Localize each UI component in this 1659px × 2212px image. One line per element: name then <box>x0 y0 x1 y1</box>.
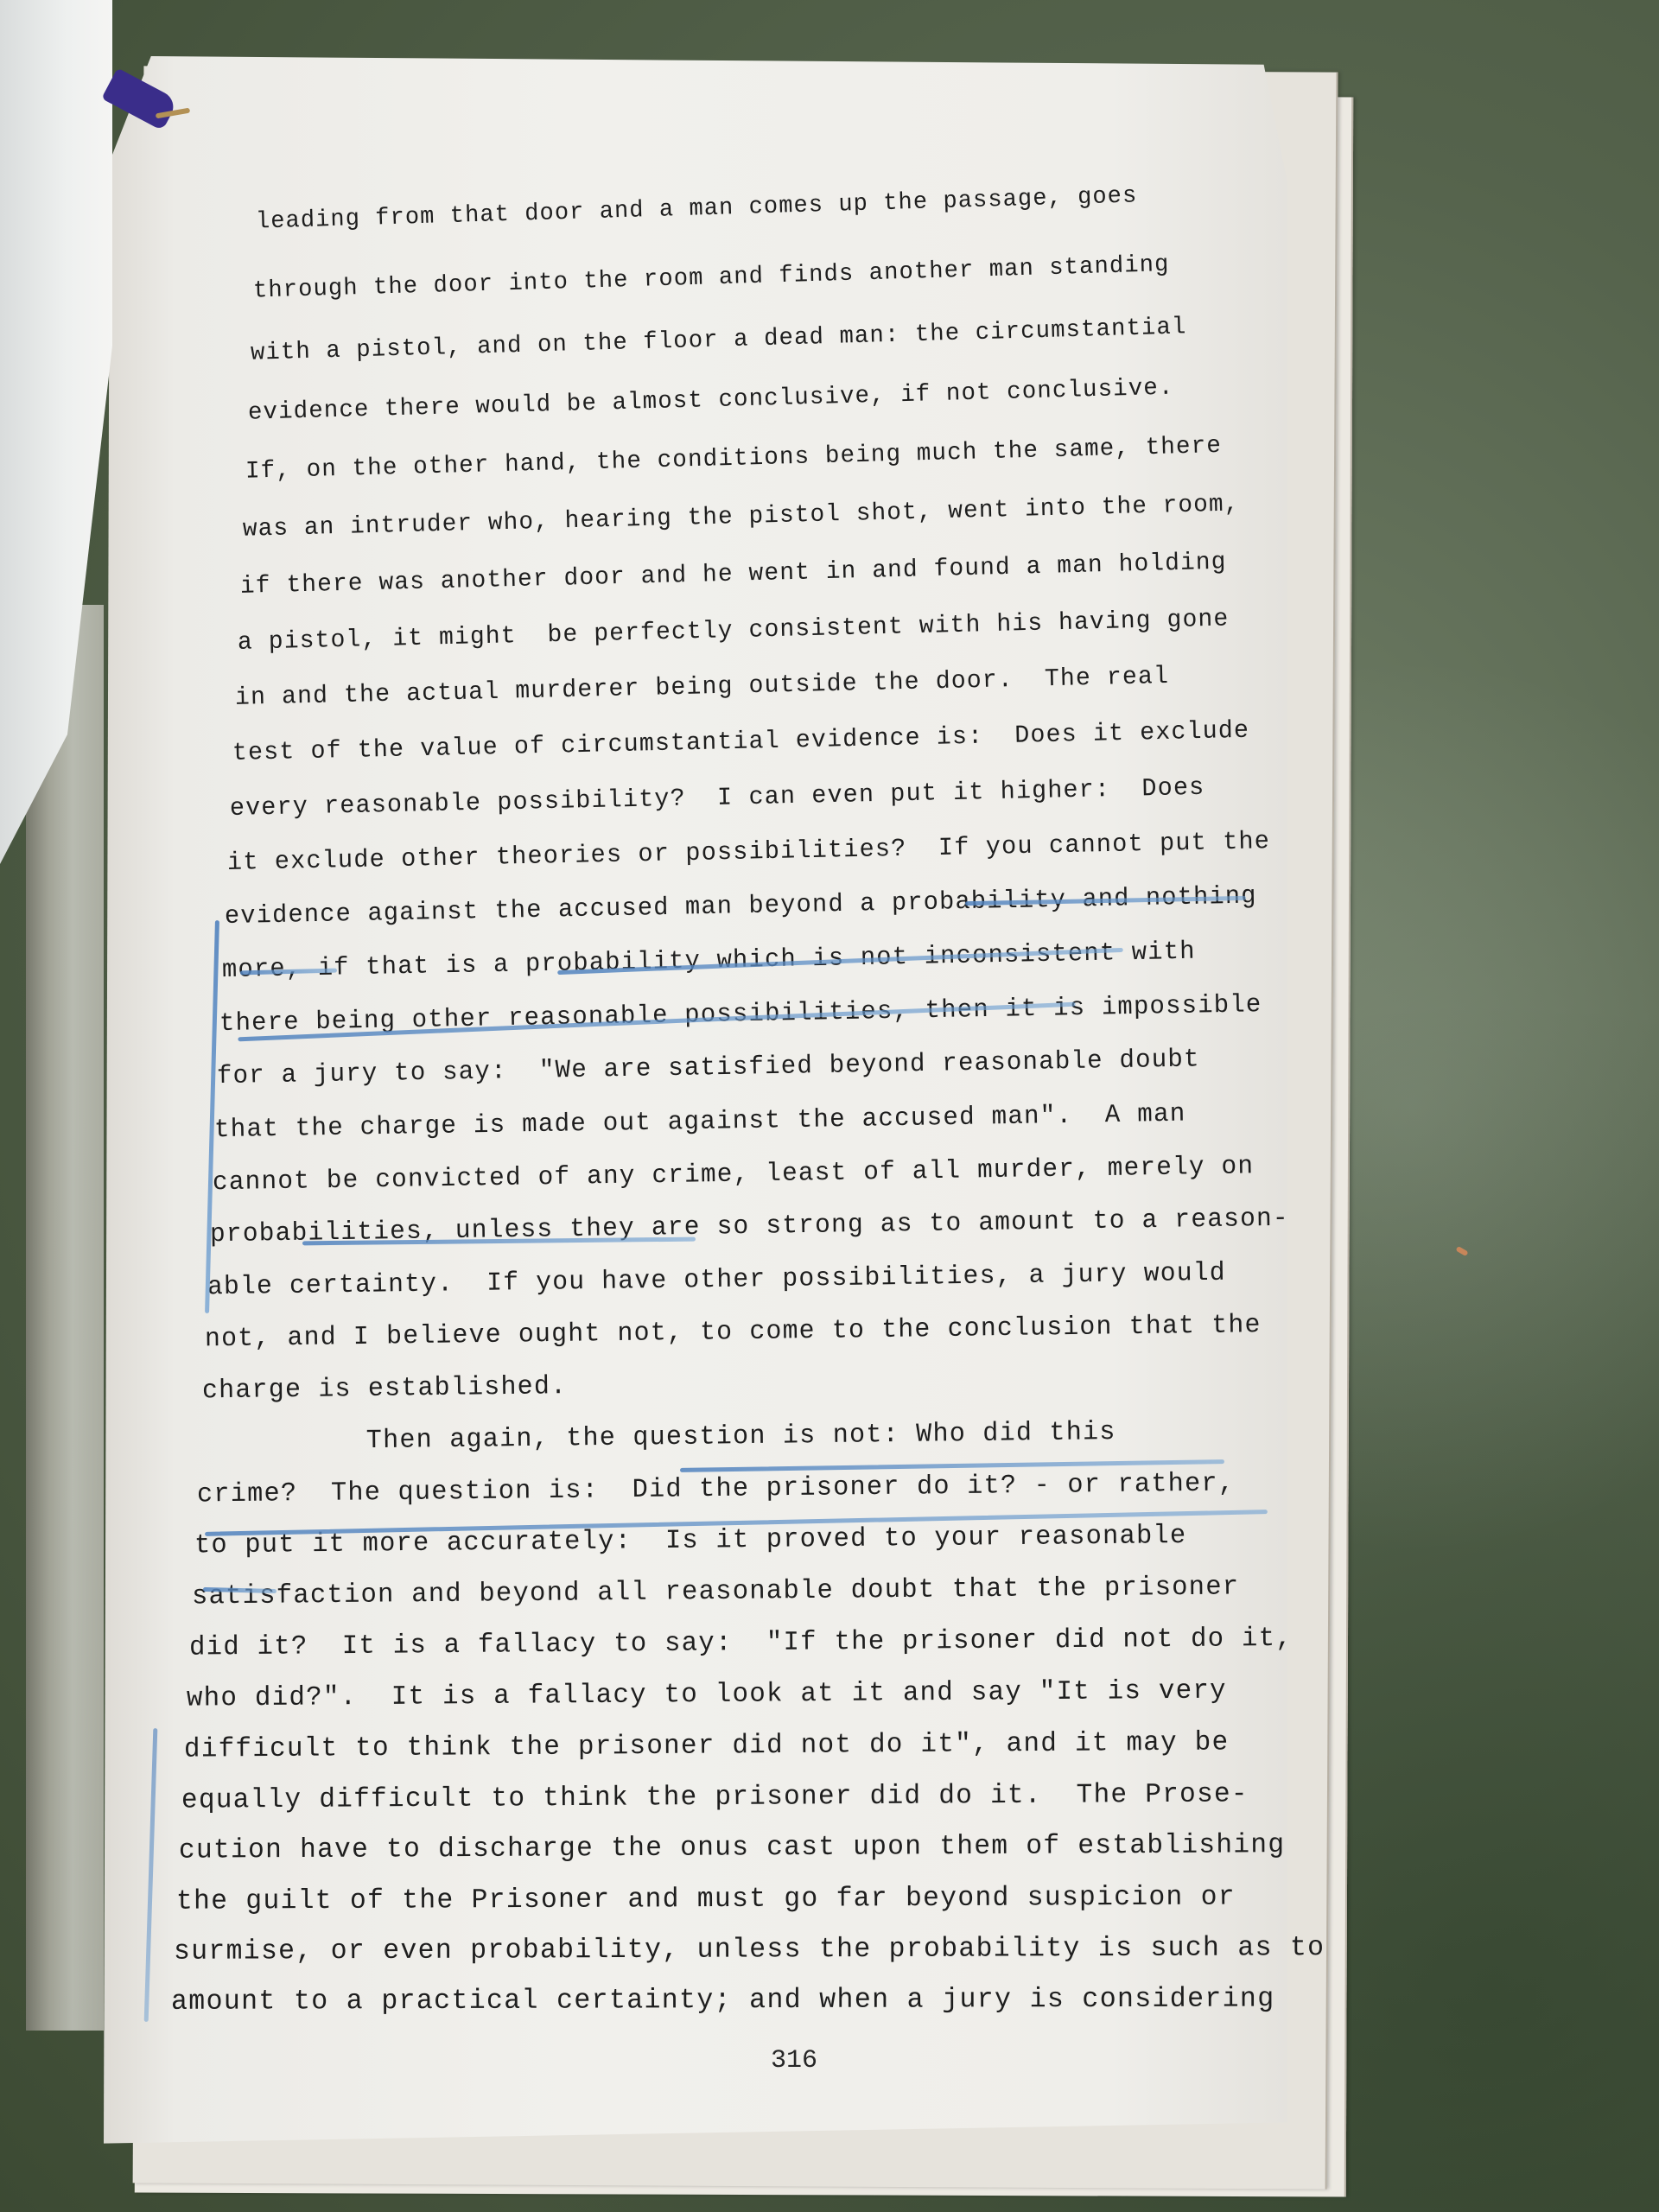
page-stack-edge <box>26 605 104 2031</box>
page-number: 316 <box>771 2046 817 2075</box>
text-line: the guilt of the Prisoner and must go fa… <box>176 1881 1236 1917</box>
text-line: charge is established. <box>201 1371 567 1406</box>
text-line: amount to a practical certainty; and whe… <box>171 1983 1275 2018</box>
text-line: surmise, or even probability, unless the… <box>174 1932 1325 1967</box>
text-line: cution have to discharge the onus cast u… <box>179 1829 1286 1866</box>
text-line: equally difficult to think the prisoner … <box>181 1778 1249 1815</box>
